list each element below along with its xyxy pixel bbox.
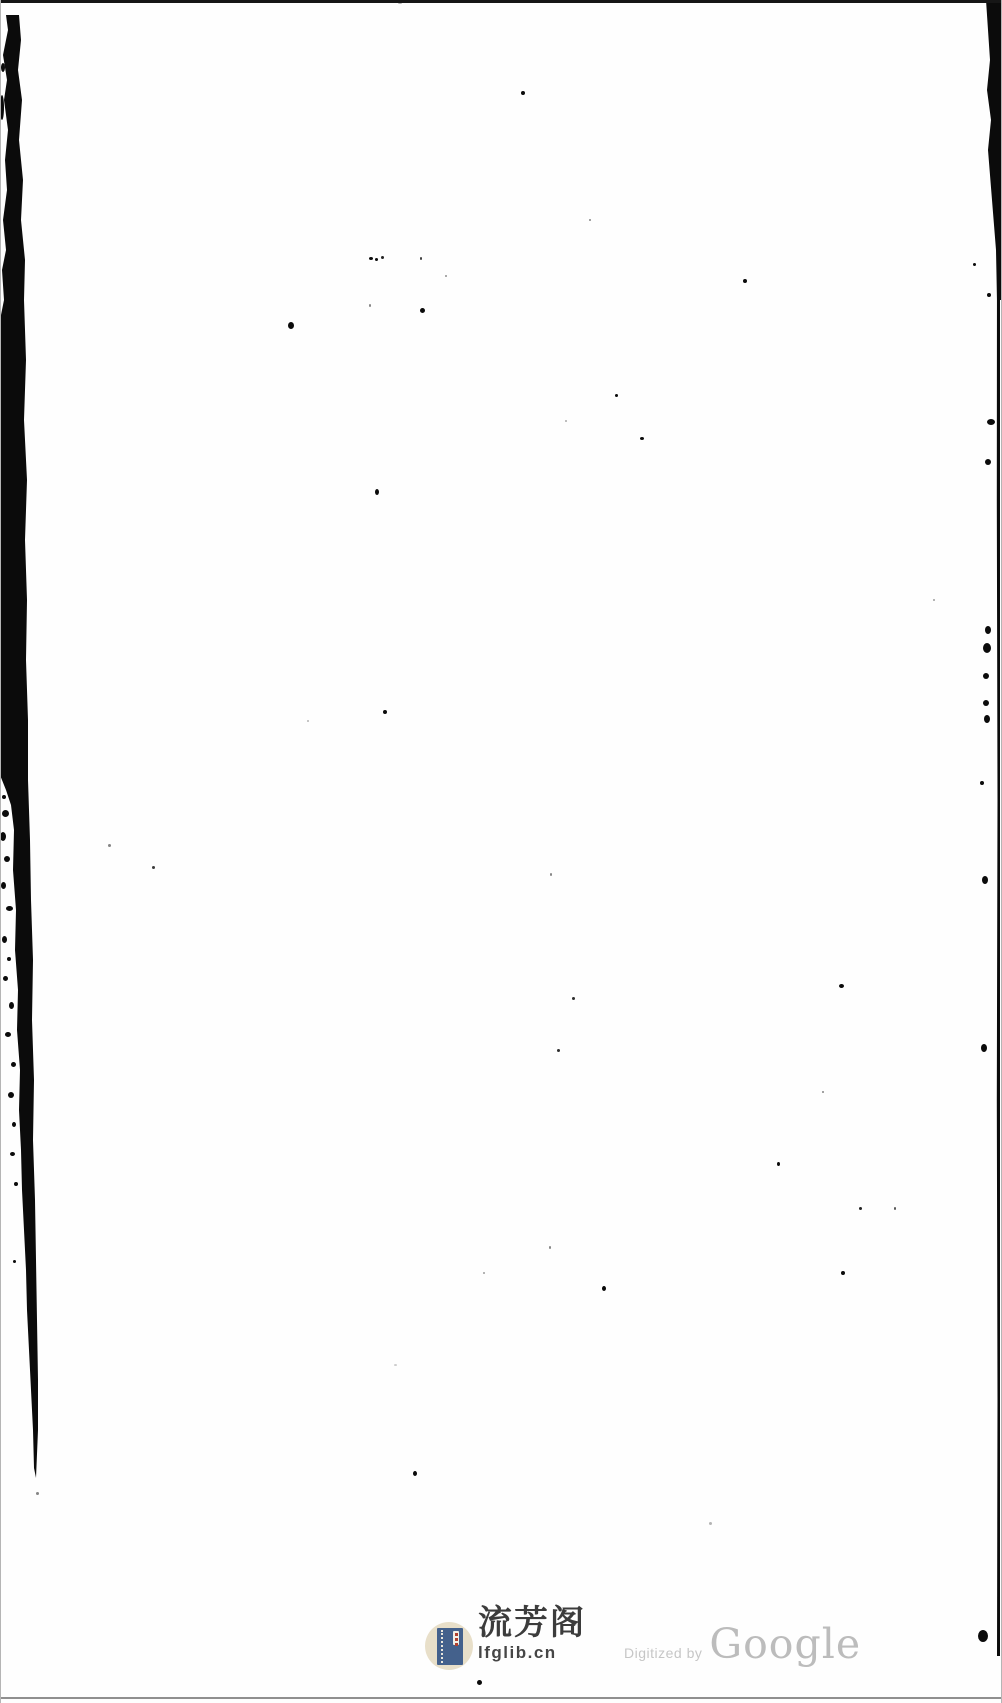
ink-speck: [973, 263, 976, 266]
ink-speck: [6, 906, 13, 911]
ink-speck: [108, 844, 111, 847]
ink-speck: [375, 258, 378, 261]
ink-speck: [375, 489, 379, 495]
ink-speck: [2, 936, 7, 943]
label-mark: [455, 1633, 458, 1636]
ink-speck: [477, 1680, 482, 1685]
ink-speck: [841, 1271, 845, 1275]
ink-speck: [381, 256, 384, 259]
ink-speck: [894, 1207, 896, 1210]
ink-speck: [709, 1522, 712, 1525]
ink-speck: [640, 437, 644, 440]
ink-speck: [557, 1049, 560, 1052]
ink-speck: [5, 1032, 11, 1037]
ink-speck: [521, 91, 525, 95]
lfglib-site-name: 流芳阁: [478, 1605, 586, 1642]
ink-speck: [589, 219, 591, 221]
ink-speck: [420, 257, 422, 260]
ink-speck: [394, 1364, 397, 1366]
ink-speck: [369, 257, 373, 260]
ink-speck: [4, 856, 10, 862]
ink-speck: [10, 1152, 15, 1156]
label-mark: [455, 1638, 458, 1641]
ink-speck: [777, 1162, 780, 1166]
ink-speck: [15, 75, 18, 80]
ink-speck: [1, 63, 5, 72]
ink-speck: [615, 394, 618, 397]
ink-speck: [13, 1260, 16, 1263]
ink-speck: [413, 1471, 417, 1476]
lfglib-logo: [425, 1622, 473, 1670]
ink-speck: [445, 275, 447, 277]
ink-speck: [12, 1122, 16, 1127]
google-watermark: Digitized by Google: [624, 1620, 861, 1668]
ink-speck: [987, 293, 991, 297]
ink-speck: [743, 279, 747, 283]
ink-speck: [602, 1286, 606, 1291]
ink-speck: [565, 420, 567, 422]
ink-speck: [859, 1207, 862, 1210]
ink-speck: [2, 810, 9, 817]
ink-speck: [2, 795, 6, 799]
book-title-label: [453, 1631, 459, 1645]
book-icon: [437, 1628, 463, 1665]
ink-speck: [3, 976, 8, 981]
ink-speck: [549, 1246, 551, 1249]
digitized-by-label: Digitized by: [624, 1645, 702, 1661]
ink-speck: [383, 710, 387, 714]
ink-speck: [822, 1091, 824, 1093]
ink-speck: [483, 1272, 485, 1274]
lfglib-site-domain: lfglib.cn: [478, 1643, 586, 1663]
lfglib-texts: 流芳阁 lfglib.cn: [478, 1605, 586, 1663]
ink-speck: [152, 866, 155, 869]
ink-speck: [36, 1492, 39, 1495]
label-mark: [455, 1643, 458, 1646]
ink-speck: [8, 1092, 14, 1098]
ink-speck: [1, 882, 6, 889]
ink-speck: [9, 1002, 14, 1009]
ink-speck: [420, 308, 425, 313]
ink-speck: [288, 322, 294, 329]
ink-speck: [550, 873, 552, 876]
ink-speck: [307, 720, 309, 722]
ink-speck: [11, 1062, 16, 1067]
ink-speck: [933, 599, 935, 601]
page-left-edge: [0, 0, 1, 1703]
specks-layer: [0, 0, 1002, 1703]
page-top-edge: [0, 0, 1002, 3]
page-bottom-edge: [0, 1697, 1002, 1699]
ink-speck: [14, 1182, 18, 1186]
ink-speck: [369, 304, 371, 307]
ink-speck: [839, 984, 844, 988]
ink-speck: [7, 957, 11, 961]
scanned-page: 流芳阁 lfglib.cn Digitized by Google: [0, 0, 1002, 1703]
book-stitch-line: [441, 1630, 443, 1663]
ink-speck: [572, 997, 575, 1000]
google-logo-text: Google: [709, 1620, 861, 1668]
